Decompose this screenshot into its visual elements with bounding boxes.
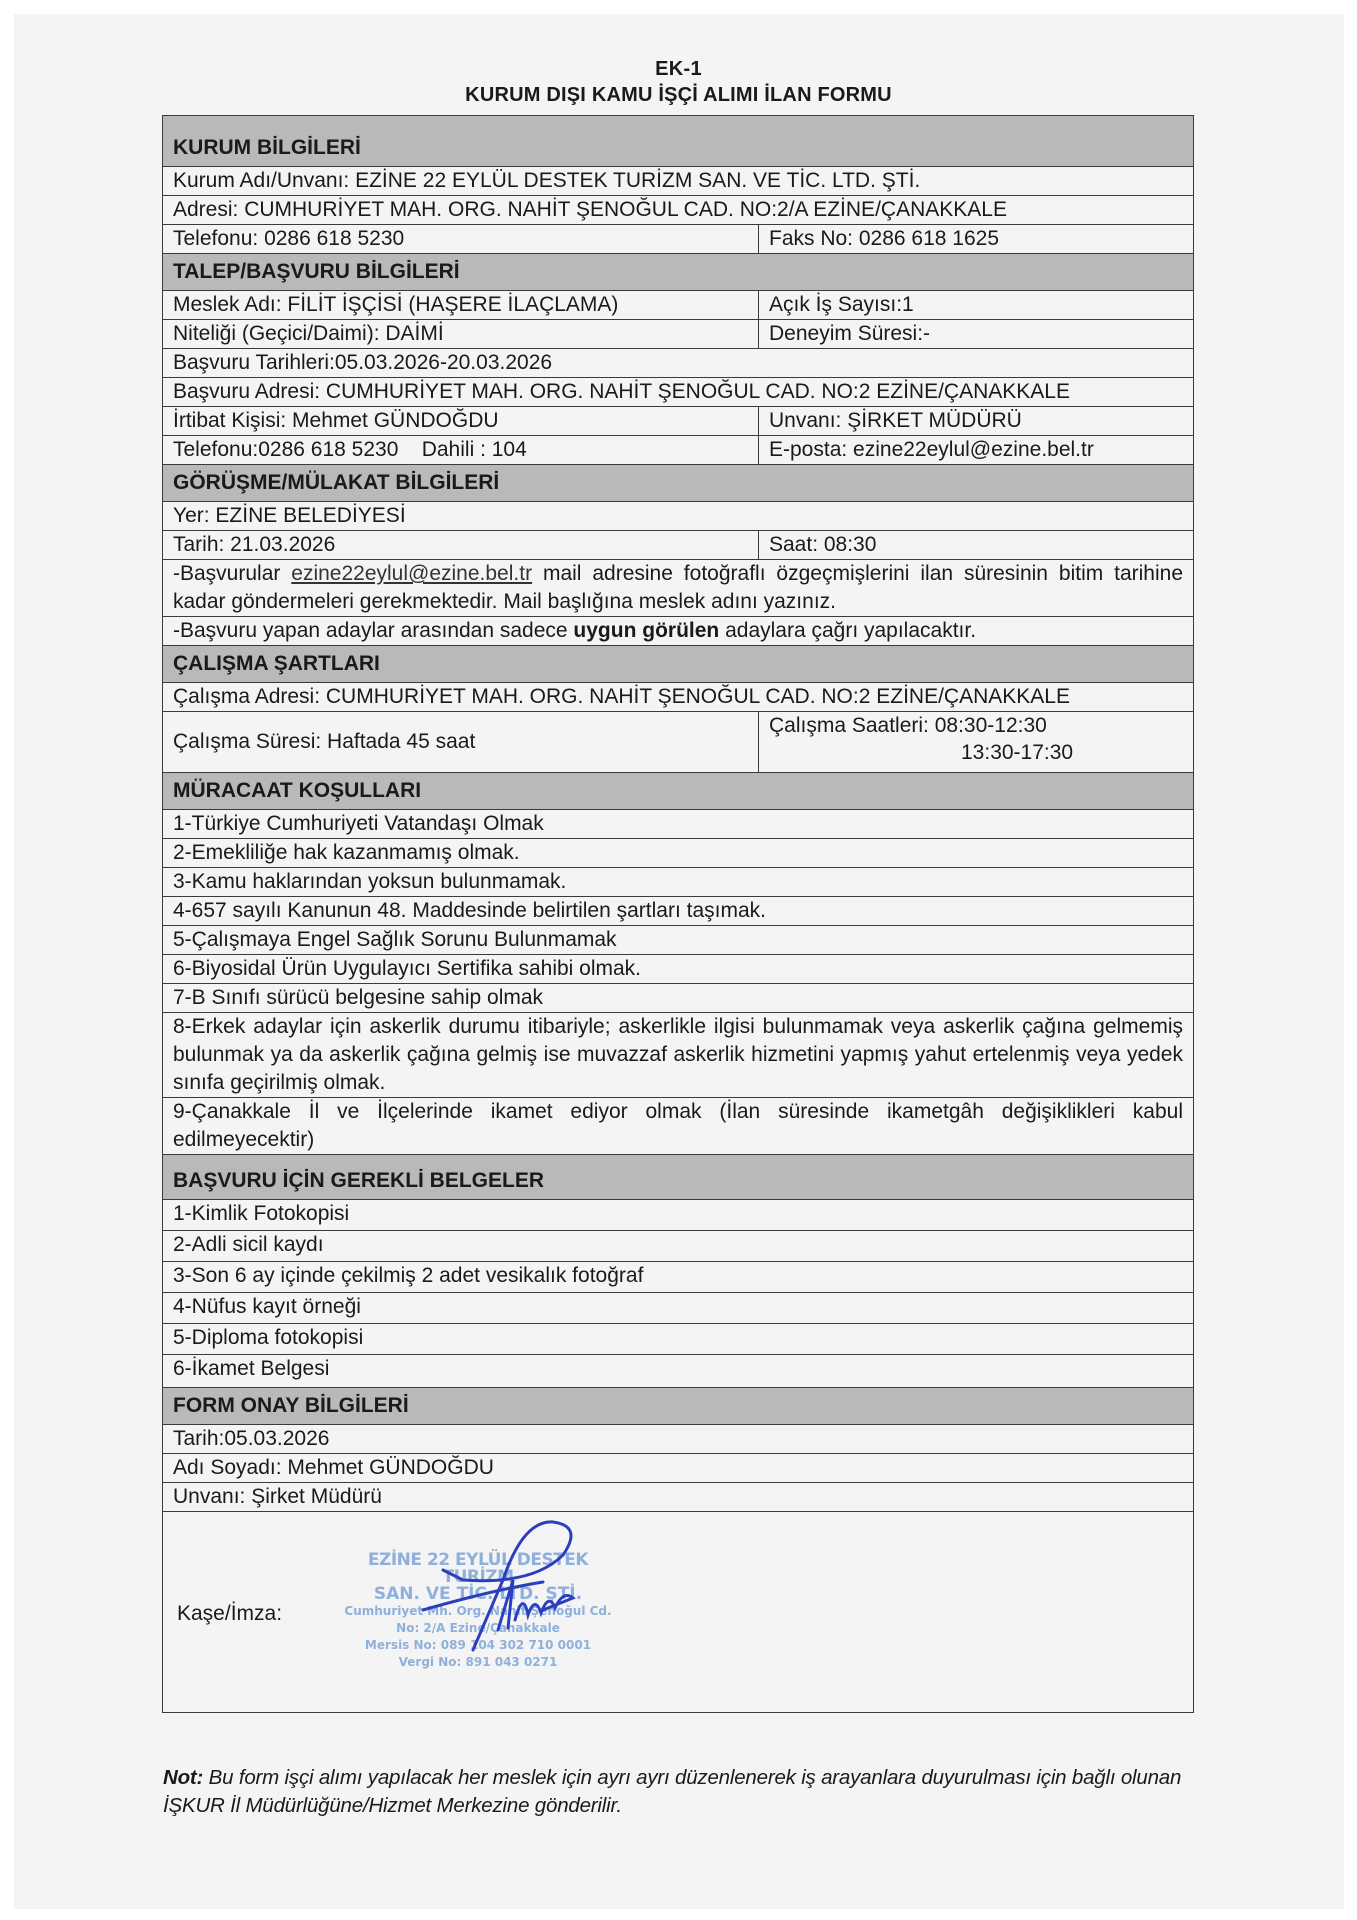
calisma-address-row: Çalışma Adresi: CUMHURİYET MAH. ORG. NAH… [163,683,1193,712]
job-nature: Niteliği (Geçici/Daimi): DAİMİ [163,320,759,348]
annex-label: EK-1 [0,56,1357,82]
interview-time: Saat: 08:30 [759,531,1193,559]
kurum-fax: Faks No: 0286 618 1625 [759,225,1193,253]
condition-item: 3-Kamu haklarından yoksun bulunmamak. [163,868,1193,897]
kurum-name: Kurum Adı/Unvanı: EZİNE 22 EYLÜL DESTEK … [163,167,1193,195]
kurum-contact-row: Telefonu: 0286 618 5230 Faks No: 0286 61… [163,225,1193,254]
condition-item: 1-Türkiye Cumhuriyeti Vatandaşı Olmak [163,810,1193,839]
footer-note: Not: Bu form işçi alımı yapılacak her me… [163,1764,1203,1820]
section-header-onay: FORM ONAY BİLGİLERİ [163,1388,1193,1425]
document-item: 6-İkamet Belgesi [163,1355,1193,1388]
application-dates: Başvuru Tarihleri:05.03.2026-20.03.2026 [163,349,1193,377]
signature-stamp-area: Kaşe/İmza: EZİNE 22 EYLÜL DESTEK TURİZM … [163,1512,1193,1713]
condition-item: 9-Çanakkale İl ve İlçelerinde ikamet edi… [163,1098,1193,1155]
document-item: 5-Diploma fotokopisi [163,1324,1193,1355]
talep-address-row: Başvuru Adresi: CUMHURİYET MAH. ORG. NAH… [163,378,1193,407]
approval-date-row: Tarih:05.03.2026 [163,1425,1193,1454]
contact-phone: Telefonu:0286 618 5230 Dahili : 104 [163,436,759,464]
interview-place: Yer: EZİNE BELEDİYESİ [163,502,1193,530]
talep-phone-row: Telefonu:0286 618 5230 Dahili : 104 E-po… [163,436,1193,465]
selection-note: -Başvuru yapan adaylar arasından sadece … [163,617,1193,645]
kurum-address-row: Adresi: CUMHURİYET MAH. ORG. NAHİT ŞENOĞ… [163,196,1193,225]
section-header-gorusme: GÖRÜŞME/MÜLAKAT BİLGİLERİ [163,465,1193,502]
approval-date: Tarih:05.03.2026 [163,1425,1193,1453]
section-header-belgeler: BAŞVURU İÇİN GEREKLİ BELGELER [163,1155,1193,1200]
profession: Meslek Adı: FİLİT İŞÇİSİ (HAŞERE İLAÇLAM… [163,291,759,319]
approval-name-row: Adı Soyadı: Mehmet GÜNDOĞDU [163,1454,1193,1483]
section-header-calisma: ÇALIŞMA ŞARTLARI [163,646,1193,683]
talep-dates-row: Başvuru Tarihleri:05.03.2026-20.03.2026 [163,349,1193,378]
kurum-name-row: Kurum Adı/Unvanı: EZİNE 22 EYLÜL DESTEK … [163,167,1193,196]
section-header-kurum: KURUM BİLGİLERİ [163,116,1193,167]
gorusme-note1-row: -Başvurular ezine22eylul@ezine.bel.tr ma… [163,560,1193,617]
form-title: KURUM DIŞI KAMU İŞÇİ ALIMI İLAN FORMU [0,82,1357,108]
gorusme-note2-row: -Başvuru yapan adaylar arasından sadece … [163,617,1193,646]
gorusme-datetime-row: Tarih: 21.03.2026 Saat: 08:30 [163,531,1193,560]
talep-profession-row: Meslek Adı: FİLİT İŞÇİSİ (HAŞERE İLAÇLAM… [163,291,1193,320]
condition-item: 4-657 sayılı Kanunun 48. Maddesinde beli… [163,897,1193,926]
approver-title: Unvanı: Şirket Müdürü [163,1483,1193,1511]
work-hours: Çalışma Saatleri: 08:30-12:30 13:30-17:3… [759,712,1193,772]
open-positions: Açık İş Sayısı:1 [759,291,1193,319]
condition-item: 7-B Sınıfı sürücü belgesine sahip olmak [163,984,1193,1013]
kurum-address: Adresi: CUMHURİYET MAH. ORG. NAHİT ŞENOĞ… [163,196,1193,224]
signature-label: Kaşe/İmza: [177,1602,282,1626]
email-link[interactable]: ezine22eylul@ezine.bel.tr [291,562,532,585]
contact-person: İrtibat Kişisi: Mehmet GÜNDOĞDU [163,407,759,435]
contact-email: E-posta: ezine22eylul@ezine.bel.tr [759,436,1193,464]
interview-date: Tarih: 21.03.2026 [163,531,759,559]
condition-item: 6-Biyosidal Ürün Uygulayıcı Sertifika sa… [163,955,1193,984]
condition-item: 2-Emekliliğe hak kazanmamış olmak. [163,839,1193,868]
document-item: 3-Son 6 ay içinde çekilmiş 2 adet vesika… [163,1262,1193,1293]
section-header-muracaat: MÜRACAAT KOŞULLARI [163,773,1193,810]
kurum-phone: Telefonu: 0286 618 5230 [163,225,759,253]
talep-nature-row: Niteliği (Geçici/Daimi): DAİMİ Deneyim S… [163,320,1193,349]
experience: Deneyim Süresi:- [759,320,1193,348]
condition-item: 5-Çalışmaya Engel Sağlık Sorunu Bulunmam… [163,926,1193,955]
application-address: Başvuru Adresi: CUMHURİYET MAH. ORG. NAH… [163,378,1193,406]
condition-item: 8-Erkek adaylar için askerlik durumu iti… [163,1013,1193,1098]
talep-contact-row: İrtibat Kişisi: Mehmet GÜNDOĞDU Unvanı: … [163,407,1193,436]
calisma-hours-row: Çalışma Süresi: Haftada 45 saat Çalışma … [163,712,1193,773]
handwritten-signature-icon [403,1510,623,1660]
application-instructions: -Başvurular ezine22eylul@ezine.bel.tr ma… [163,560,1193,616]
work-address: Çalışma Adresi: CUMHURİYET MAH. ORG. NAH… [163,683,1193,711]
approver-name: Adı Soyadı: Mehmet GÜNDOĞDU [163,1454,1193,1482]
approval-title-row: Unvanı: Şirket Müdürü [163,1483,1193,1512]
work-duration: Çalışma Süresi: Haftada 45 saat [163,712,759,772]
contact-title: Unvanı: ŞİRKET MÜDÜRÜ [759,407,1193,435]
gorusme-place-row: Yer: EZİNE BELEDİYESİ [163,502,1193,531]
document-item: 1-Kimlik Fotokopisi [163,1200,1193,1231]
document-title-block: EK-1 KURUM DIŞI KAMU İŞÇİ ALIMI İLAN FOR… [0,56,1357,108]
announcement-form-table: KURUM BİLGİLERİ Kurum Adı/Unvanı: EZİNE … [162,115,1194,1713]
section-header-talep: TALEP/BAŞVURU BİLGİLERİ [163,254,1193,291]
document-item: 2-Adli sicil kaydı [163,1231,1193,1262]
document-item: 4-Nüfus kayıt örneği [163,1293,1193,1324]
